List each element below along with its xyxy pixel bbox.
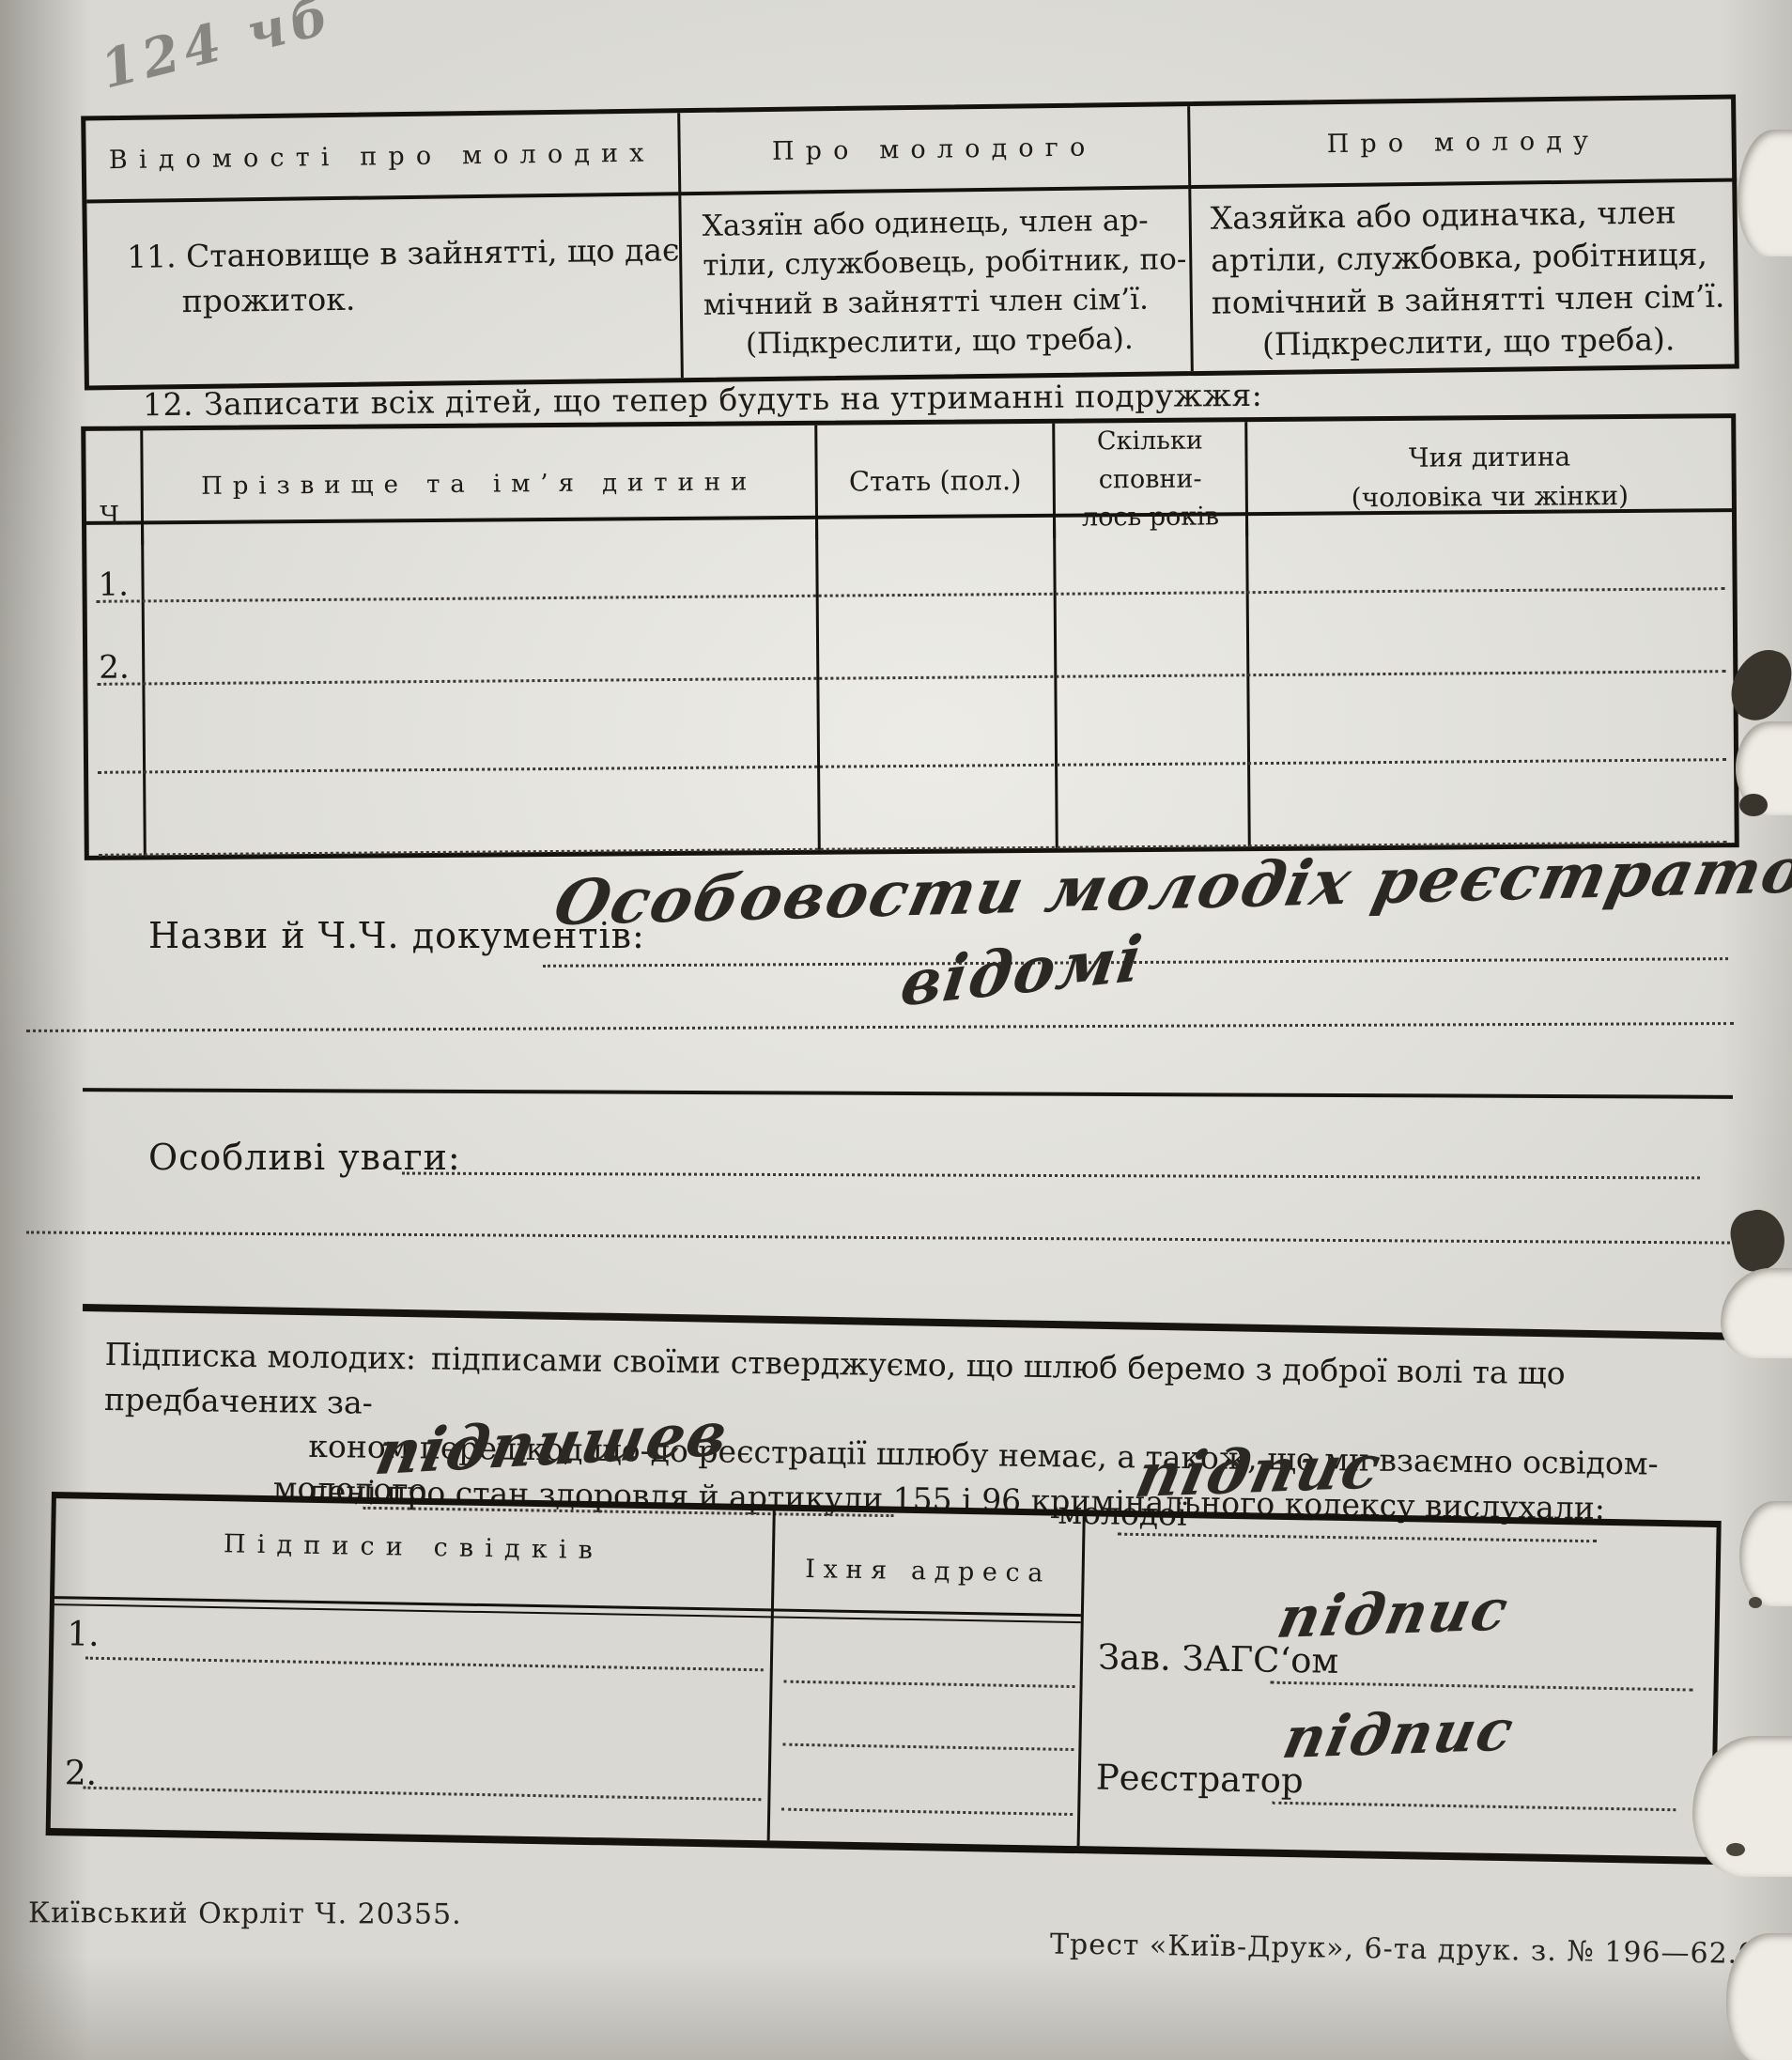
entry-line [85, 1657, 764, 1672]
entry-line [98, 758, 1726, 774]
entry-line [83, 1787, 761, 1802]
documents-handwriting-line2: відомі [896, 921, 1148, 1021]
section-rule [83, 1088, 1733, 1099]
registrar-head-signature: підпис [1272, 1577, 1515, 1651]
witness-address-header: Іхня адреса [774, 1554, 1081, 1588]
pledge-label: Підписка молодих: [104, 1336, 416, 1376]
paper-speck [1726, 1843, 1745, 1856]
witnesses-table: Підписи свідків Іхня адреса 1. 2. Зав. З… [46, 1492, 1722, 1865]
children-row-number: 1. [98, 566, 129, 604]
paper-speck [1749, 1597, 1762, 1608]
torn-edge [1721, 1268, 1792, 1358]
pencil-annotation: 124 чб [95, 0, 340, 101]
column-divider [815, 519, 821, 850]
header-underline [54, 1596, 1081, 1623]
column-divider [1053, 518, 1058, 848]
occupation-row-number: 11. [127, 238, 177, 275]
whose-header-line: (чоловіка чи жінки) [1352, 476, 1630, 518]
occupation-row-label-cell: 11. Становище в зайнятті, що дає прожито… [86, 195, 680, 385]
torn-edge [1738, 130, 1792, 256]
witness-row-number: 1. [67, 1615, 100, 1654]
paper-blot [1739, 794, 1768, 816]
bride-line: Хазяйка або одиначка, член [1210, 192, 1723, 240]
registrar-signature: підпис [1277, 1697, 1521, 1772]
entry-line [97, 670, 1725, 686]
entry-line [781, 1808, 1073, 1816]
signature-line [1272, 1802, 1676, 1812]
occupation-groom-cell: Хазяїн або одинець, член ар- тіли, служб… [678, 189, 1190, 378]
registrar-label: Реєстратор [1095, 1757, 1304, 1801]
paper-blot [1726, 1205, 1790, 1275]
occupation-row-label: Становище в зайнятті, що дає [186, 231, 680, 274]
whose-header-line: Чия дитина [1409, 437, 1571, 477]
signature-line [1271, 1681, 1693, 1692]
occupation-table: Відомості про молодих Про молодого Про м… [81, 94, 1739, 390]
children-table-header: Ч. Прізвище та ім’я дитини Стать (пол.) … [85, 418, 1732, 525]
scanned-marriage-form-page: 124 чб Відомості про молодих Про молодог… [0, 0, 1792, 2060]
column-divider [141, 524, 147, 855]
bride-line: помічний в зайнятті член сім’ї. [1212, 275, 1725, 324]
entry-line [784, 1681, 1075, 1688]
imprint-left: Київський Окрліт Ч. 20355. [28, 1897, 462, 1931]
imprint-right: Трест «Київ-Друк», 6-та друк. з. № 196—6… [1050, 1928, 1792, 1971]
bride-line: артіли, службовка, робітниця, [1211, 234, 1724, 283]
entry-line [402, 1172, 1700, 1180]
groom-line: (Підкреслити, що треба). [703, 319, 1176, 365]
entry-line [26, 1022, 1734, 1032]
groom-line: тіли, службовець, робітник, по- [703, 240, 1175, 286]
column-divider [1245, 516, 1251, 846]
groom-line: мічний в зайнятті член сім’ї. [703, 280, 1176, 326]
occupation-bride-cell: Хазяйка або одиначка, член артіли, служб… [1188, 181, 1738, 371]
occupation-row-label-cont: прожиток. [127, 272, 657, 324]
entry-line [26, 1231, 1736, 1244]
children-table-body: 1. 2. [86, 512, 1735, 856]
bride-signature: підпис [1130, 1432, 1388, 1511]
groom-line: Хазяїн або одинець, член ар- [702, 200, 1174, 246]
occupation-col3-header: Про молоду [1187, 99, 1737, 189]
age-header-line: Скільки сповни- [1055, 422, 1245, 500]
entry-line [97, 587, 1725, 603]
witness-signatures-header: Підписи свідків [55, 1526, 772, 1568]
bride-line: (Підкреслити, що треба). [1212, 318, 1725, 366]
entry-line [782, 1743, 1074, 1751]
occupation-col2-header: Про молодого [677, 106, 1188, 195]
children-row-number: 2. [99, 649, 130, 687]
children-table: Ч. Прізвище та ім’я дитини Стать (пол.) … [81, 413, 1739, 860]
occupation-col1-header: Відомості про молодих [85, 113, 678, 203]
